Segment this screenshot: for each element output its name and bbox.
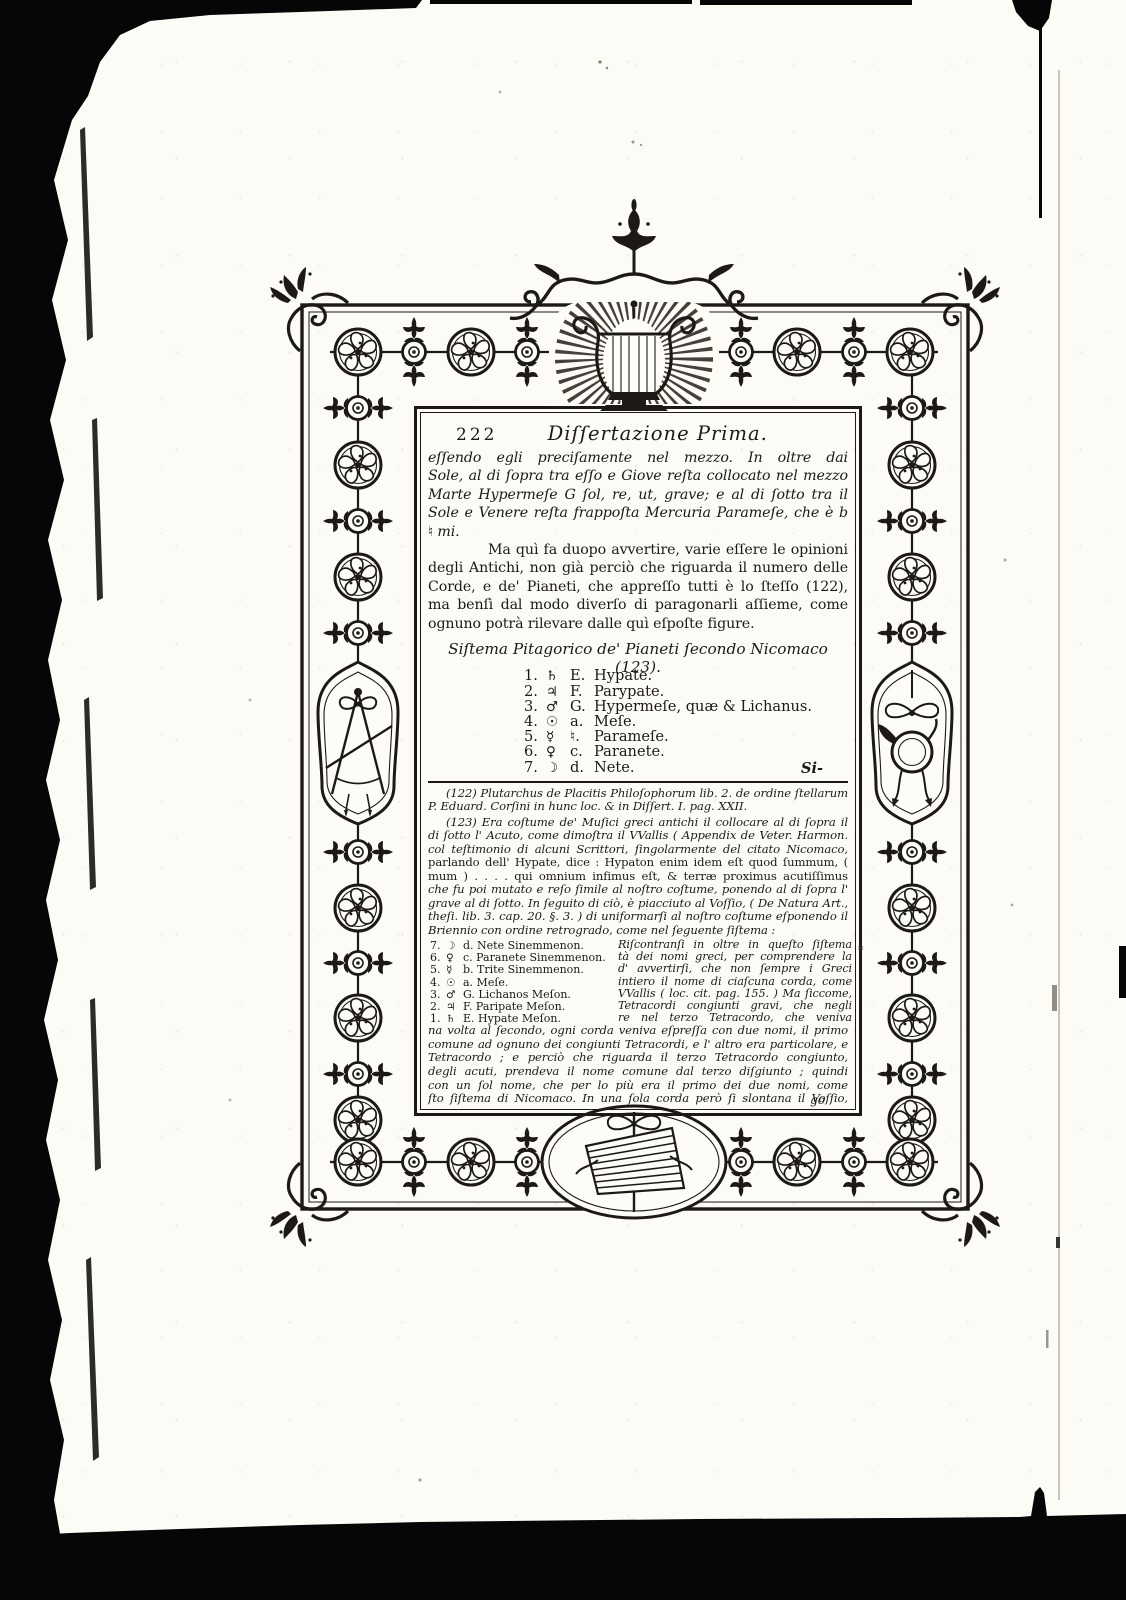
margin-mark: * — [858, 944, 864, 957]
list-item: 3.♂G.Hypermeſe, quæ & Lichanus. — [524, 698, 848, 713]
list-item: 2.♃F.Parypate. — [524, 683, 848, 698]
mars-icon: ♂ — [446, 989, 463, 1001]
horn-cartouche — [872, 662, 952, 824]
list-item: 4.☉a.Meſe. — [524, 713, 848, 728]
list-item: 6.♀c.Paranete. — [524, 743, 848, 758]
paragraph-1: eſſendo egli preciſamente nel mezzo. In … — [428, 449, 848, 541]
catchword: go — [810, 1093, 825, 1107]
saturn-icon: ♄ — [446, 1013, 463, 1025]
retrograde-list: 7.☽d. Nete Sinemmenon. 6.♀c. Paranete Si… — [430, 939, 616, 1024]
scan-edge-left — [0, 0, 34, 1600]
jupiter-icon: ♃ — [446, 1001, 463, 1013]
list-item: 7.☽d.Nete. — [524, 759, 848, 774]
body-line: Ma quì fa duopo avvertire, varie eſſere … — [428, 541, 848, 560]
sun-icon: ☉ — [446, 977, 463, 989]
page-header: 222 Diſſertazione Prima. — [428, 422, 848, 449]
fleur-finial-icon — [612, 199, 656, 274]
body-line: ognuno potrà rilevare dalle quì eſpoſte … — [428, 615, 848, 634]
scan-edge-bottom — [0, 1487, 1126, 1600]
compass-cartouche — [318, 662, 398, 824]
mercury-icon: ☿ — [446, 964, 463, 976]
body-line: Sole, al di ſopra tra eſſo e Giove reſta… — [428, 467, 848, 485]
text-box: 222 Diſſertazione Prima. eſſendo egli pr… — [414, 406, 862, 1116]
body-line: ♮ mi. — [428, 523, 848, 541]
system-heading: Siſtema Pitagorico de' Pianeti ſecondo N… — [428, 640, 848, 664]
footnote-122: (122) Plutarchus de Placitis Philoſophor… — [428, 787, 848, 814]
body-line: degli Antichi, non già perciò che riguar… — [428, 559, 848, 578]
body-line: eſſendo egli preciſamente nel mezzo. In … — [428, 449, 848, 467]
footnotes: (122) Plutarchus de Placitis Philoſophor… — [428, 787, 848, 1106]
page-number: 222 — [456, 425, 497, 445]
body-line: Corde, e de' Pianeti, che appreſſo tutti… — [428, 578, 848, 597]
scan-edge-top-left — [0, 0, 422, 120]
running-title: Diſſertazione Prima. — [497, 422, 848, 445]
scan-mark-top-right — [1012, 0, 1052, 31]
paragraph-2: Ma quì fa duopo avvertire, varie eſſere … — [428, 541, 848, 634]
list-item: 5.☿♮.Parameſe. — [524, 728, 848, 743]
moon-icon: ☽ — [546, 760, 570, 776]
footnote-columns: 7.☽d. Nete Sinemmenon. 6.♀c. Paranete Si… — [428, 939, 848, 1024]
catchword: Si- — [801, 760, 823, 777]
body-line: Marte Hypermeſe G ſol, re, ut, grave; e … — [428, 486, 848, 504]
footnote-123: (123) Era coſtume de' Muſici greci antic… — [428, 816, 848, 938]
planet-list: 1.♄E.Hypate. 2.♃F.Parypate. 3.♂G.Hyperme… — [428, 667, 848, 773]
footnote-rule — [428, 781, 848, 783]
scan-mark-right — [1119, 946, 1126, 998]
body-line: ma benſì dal modo diverſo di paragonarli… — [428, 596, 848, 615]
footnote-right-column: Riſcontranſi in oltre in queſto ſiſtema … — [618, 939, 852, 1024]
footnote-tail: na volta al ſecondo, ogni corda veniva e… — [428, 1024, 848, 1106]
book-page-scan: 222 Diſſertazione Prima. eſſendo egli pr… — [0, 0, 1126, 1600]
panflute-cartouche — [542, 1106, 726, 1218]
page-edge-shadow — [1058, 70, 1060, 1500]
scan-edge-top — [430, 0, 692, 4]
list-item: 1.♄E.Hypate. — [524, 667, 848, 682]
body-line: Sole e Venere reſta frappoſta Mercuria P… — [428, 504, 848, 522]
